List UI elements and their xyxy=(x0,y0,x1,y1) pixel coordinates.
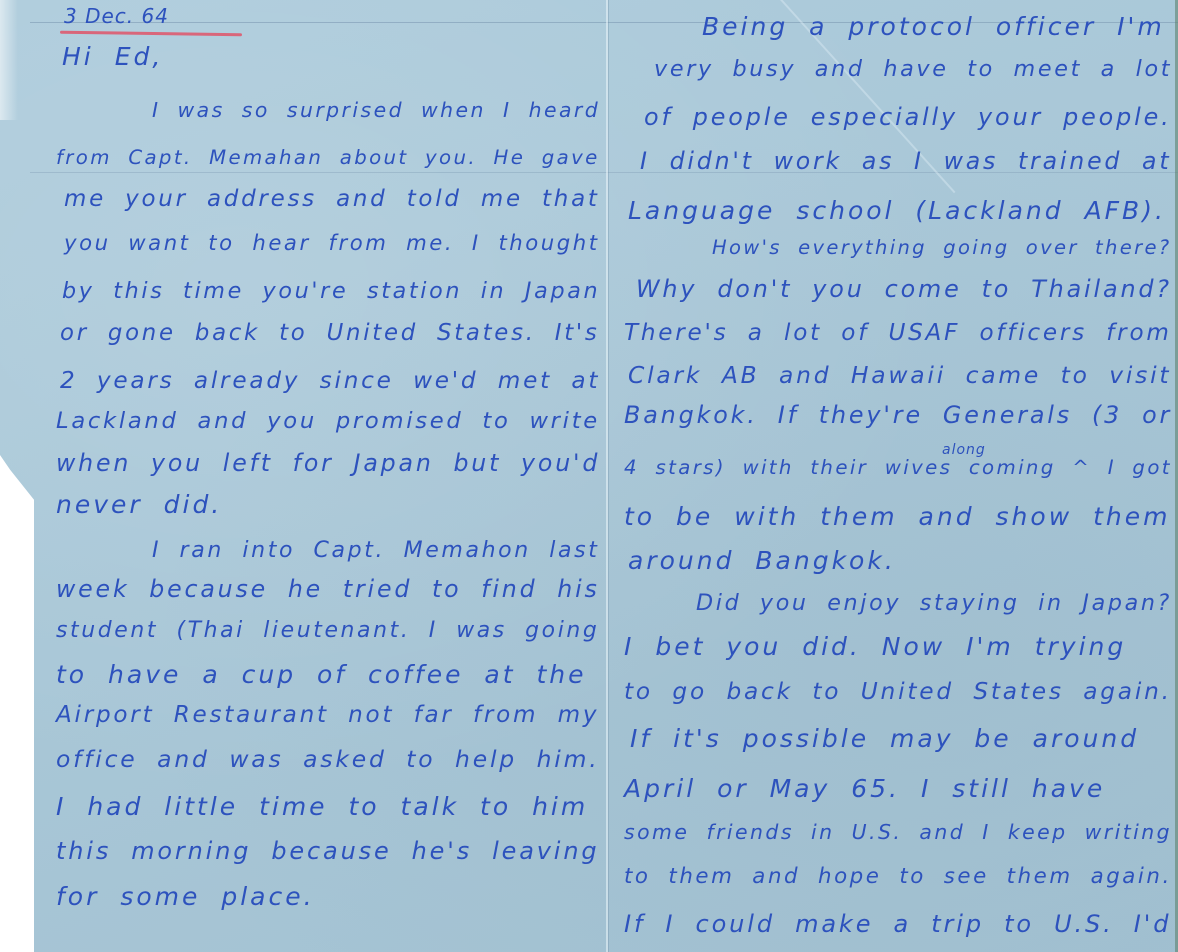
right-line-15: I bet you did. Now I'm trying xyxy=(624,634,1126,659)
left-line-2: from Capt. Memahan about you. He gave xyxy=(56,148,600,168)
left-line-12: week because he tried to find his xyxy=(56,578,600,602)
letter-greeting: Hi Ed, xyxy=(62,44,163,69)
torn-edge-notch xyxy=(0,455,34,952)
right-line-12: to be with them and show them xyxy=(624,504,1170,529)
right-line-10: Bangkok. If they're Generals (3 or xyxy=(624,404,1172,428)
right-line-1: Being a protocol officer I'm xyxy=(702,14,1165,39)
right-line-2: very busy and have to meet a lot xyxy=(654,58,1172,80)
torn-edge-shadow xyxy=(0,0,18,120)
right-line-8: There's a lot of USAF officers from xyxy=(624,322,1172,345)
left-line-16: office and was asked to help him. xyxy=(56,748,600,771)
left-line-10: never did. xyxy=(56,492,222,517)
right-line-13: around Bangkok. xyxy=(628,548,896,573)
right-line-16: to go back to United States again. xyxy=(624,680,1172,703)
right-line-5: Language school (Lackland AFB). xyxy=(628,198,1166,223)
right-line-17: If it's possible may be around xyxy=(630,726,1139,751)
left-line-14: to have a cup of coffee at the xyxy=(56,662,587,687)
right-line-7: Why don't you come to Thailand? xyxy=(636,278,1172,302)
left-line-17: I had little time to talk to him xyxy=(56,794,588,819)
right-line-9: Clark AB and Hawaii came to visit xyxy=(628,364,1171,387)
left-line-19: for some place. xyxy=(56,884,315,909)
right-line-3: of people especially your people. xyxy=(644,106,1172,130)
right-line-11: 4 stars) with their wives coming ^ I got xyxy=(624,458,1172,478)
right-line-6: How's everything going over there? xyxy=(712,238,1172,258)
left-line-15: Airport Restaurant not far from my xyxy=(56,704,599,727)
right-line-14: Did you enjoy staying in Japan? xyxy=(696,592,1172,614)
right-line-4: I didn't work as I was trained at xyxy=(640,150,1171,174)
left-line-1: I was so surprised when I heard xyxy=(152,100,600,120)
left-line-3: me your address and told me that xyxy=(64,188,600,211)
date-underline xyxy=(60,31,242,37)
right-line-18: April or May 65. I still have xyxy=(624,776,1105,801)
left-line-5: by this time you're station in Japan xyxy=(62,280,600,302)
left-line-4: you want to hear from me. I thought xyxy=(64,232,600,253)
paper-center-fold xyxy=(606,0,608,952)
letter-page: 3 Dec. 64 Hi Ed, I was so surprised when… xyxy=(0,0,1178,952)
left-line-13: student (Thai lieutenant. I was going xyxy=(56,620,599,642)
left-line-8: Lackland and you promised to write xyxy=(56,410,600,433)
right-line-19: some friends in U.S. and I keep writing xyxy=(624,822,1172,842)
left-line-9: when you left for Japan but you'd xyxy=(56,452,600,476)
right-line-21: If I could make a trip to U.S. I'd xyxy=(624,912,1171,936)
left-line-11: I ran into Capt. Memahon last xyxy=(152,540,600,562)
left-line-6: or gone back to United States. It's xyxy=(60,322,600,345)
letter-date: 3 Dec. 64 xyxy=(64,4,169,28)
right-line-20: to them and hope to see them again. xyxy=(624,866,1172,887)
left-line-18: this morning because he's leaving xyxy=(56,840,599,864)
left-line-7: 2 years already since we'd met at xyxy=(60,370,600,393)
